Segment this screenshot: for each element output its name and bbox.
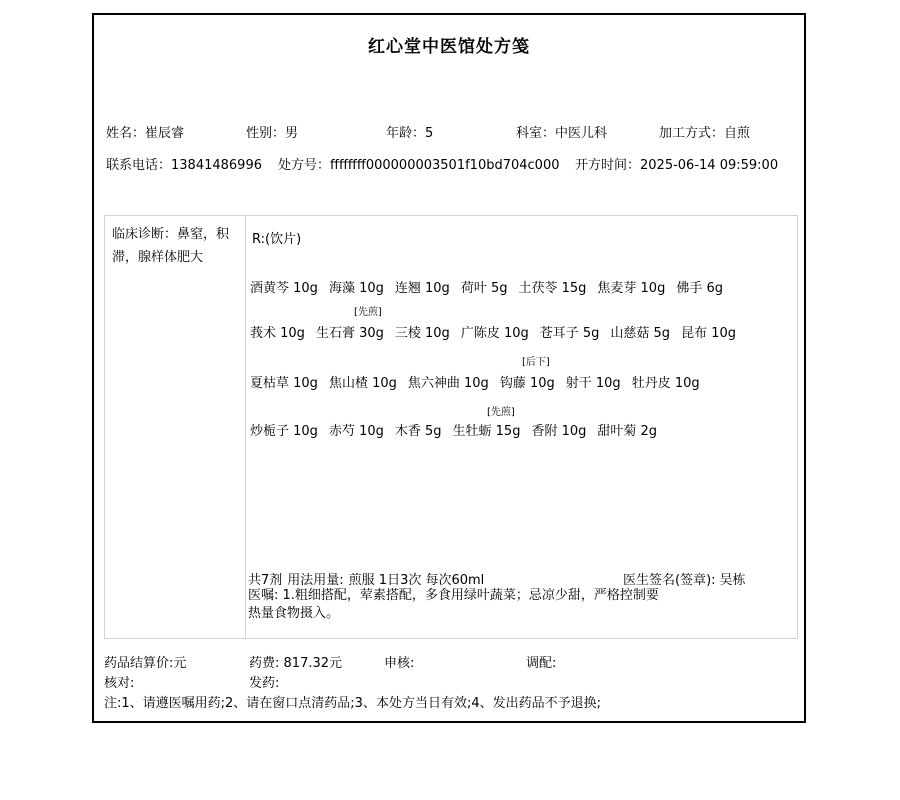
field-age: 年龄：5 bbox=[386, 122, 433, 141]
page-title: 红心堂中医馆处方笺 bbox=[94, 32, 804, 57]
prescription-time-value: 2025-06-14 09:59:00 bbox=[640, 158, 778, 173]
field-prescription-number: 处方号：ffffffff000000003501f10bd704c000 bbox=[278, 154, 560, 173]
herb-line-3: 夏枯草 10g 焦山楂 10g 焦六神曲 10g 钩藤 10g 射干 10g 牡… bbox=[250, 372, 700, 391]
rx-header: R:(饮片) bbox=[252, 228, 301, 247]
field-department: 科室：中医儿科 bbox=[516, 122, 607, 141]
age-label: 年龄： bbox=[386, 126, 425, 141]
field-processing-method: 加工方式：自煎 bbox=[659, 122, 750, 141]
prescription-time-label: 开方时间： bbox=[575, 158, 640, 173]
gender-label: 性别： bbox=[246, 126, 285, 141]
herb-item: 土茯苓 15g bbox=[518, 277, 586, 296]
medicine-fee-label: 药费: bbox=[249, 656, 279, 671]
settlement-price-value: 元 bbox=[173, 656, 186, 671]
phone-value: 13841486996 bbox=[171, 158, 262, 173]
herb-item: 牡丹皮 10g bbox=[632, 372, 700, 391]
age-value: 5 bbox=[425, 126, 433, 141]
herb-line-4: 炒栀子 10g 赤芍 10g 木香 5g 生牡蛎 15g 香附 10g 甜叶菊 … bbox=[250, 420, 657, 439]
herb-item: 甜叶菊 2g bbox=[597, 420, 657, 439]
herb-item: 焦六神曲 10g bbox=[408, 372, 489, 391]
diagnosis-label: 临床诊断： bbox=[112, 227, 177, 242]
gender-value: 男 bbox=[285, 126, 298, 141]
herb-item: 苍耳子 5g bbox=[540, 322, 600, 341]
herb-item: 佛手 6g bbox=[676, 277, 723, 296]
herb-item: 生牡蛎 15g bbox=[453, 420, 521, 439]
herb-item: 木香 5g bbox=[395, 420, 442, 439]
processing-value: 自煎 bbox=[724, 126, 750, 141]
field-phone: 联系电话：13841486996 bbox=[106, 154, 262, 173]
herb-item: 三棱 10g bbox=[395, 322, 450, 341]
patient-name-label: 姓名： bbox=[106, 126, 145, 141]
herb-item: 焦山楂 10g bbox=[329, 372, 397, 391]
usage-line: 共7剂 用法用量: 煎服 1日3次 每次60ml bbox=[248, 569, 484, 588]
herb-item: 山慈菇 5g bbox=[610, 322, 670, 341]
column-divider bbox=[245, 216, 246, 638]
medicine-fee-value: 817.32元 bbox=[284, 656, 343, 671]
post-decoct-note: [后下] bbox=[522, 353, 550, 368]
doctor-signature-value: 吴栋 bbox=[720, 569, 746, 588]
herb-item: 炒栀子 10g bbox=[250, 420, 318, 439]
herb-item: 夏枯草 10g bbox=[250, 372, 318, 391]
herb-line-1: 酒黄芩 10g 海藻 10g 连翘 10g 荷叶 5g 土茯苓 15g 焦麦芽 … bbox=[250, 277, 723, 296]
prescription-number-value: ffffffff000000003501f10bd704c000 bbox=[330, 158, 559, 173]
herb-item: 广陈皮 10g bbox=[461, 322, 529, 341]
herb-item: 焦麦芽 10g bbox=[597, 277, 665, 296]
herb-item: 莪术 10g bbox=[250, 322, 305, 341]
department-value: 中医儿科 bbox=[555, 126, 607, 141]
first-decoct-note: [先煎] bbox=[354, 303, 382, 318]
doctor-signature: 医生签名(签章): 吴栋 bbox=[623, 569, 746, 588]
usage-value: 煎服 1日3次 每次60ml bbox=[349, 569, 485, 588]
phone-label: 联系电话： bbox=[106, 158, 171, 173]
herb-item: 射干 10g bbox=[566, 372, 621, 391]
herb-line-2: 莪术 10g 生石膏 30g 三棱 10g 广陈皮 10g 苍耳子 5g 山慈菇… bbox=[250, 322, 736, 341]
footer-note: 注:1、请遵医嘱用药;2、请在窗口点清药品;3、本处方当日有效;4、发出药品不予… bbox=[104, 692, 601, 711]
medical-advice: 医嘱: 1.粗细搭配，荤素搭配，多食用绿叶蔬菜；忌凉少甜，严格控制要热量食物摄入… bbox=[248, 587, 664, 623]
settlement-price-field: 药品结算价:元 bbox=[104, 652, 186, 671]
herb-item: 荷叶 5g bbox=[461, 277, 508, 296]
check-field: 核对: bbox=[104, 672, 134, 691]
prescription-page: 红心堂中医馆处方笺 姓名：崔辰睿 性别：男 年龄：5 科室：中医儿科 加工方式：… bbox=[92, 13, 806, 723]
herb-item: 香附 10g bbox=[531, 420, 586, 439]
medicine-fee-field: 药费: 817.32元 bbox=[249, 652, 342, 671]
field-prescription-time: 开方时间：2025-06-14 09:59:00 bbox=[575, 154, 778, 173]
advice-label: 医嘱: bbox=[248, 588, 278, 603]
dispense-field: 调配: bbox=[526, 652, 556, 671]
prescription-number-label: 处方号： bbox=[278, 158, 330, 173]
issue-field: 发药: bbox=[249, 672, 279, 691]
doctor-signature-label: 医生签名(签章): bbox=[623, 569, 716, 588]
herb-item: 赤芍 10g bbox=[329, 420, 384, 439]
herb-item: 酒黄芩 10g bbox=[250, 277, 318, 296]
review-field: 申核: bbox=[384, 652, 414, 671]
usage-label: 用法用量: bbox=[287, 569, 343, 588]
dosage-summary: 共7剂 bbox=[248, 569, 282, 588]
herb-item: 连翘 10g bbox=[395, 277, 450, 296]
advice-text: 1.粗细搭配，荤素搭配，多食用绿叶蔬菜；忌凉少甜，严格控制要热量食物摄入。 bbox=[248, 588, 659, 621]
department-label: 科室： bbox=[516, 126, 555, 141]
patient-name-value: 崔辰睿 bbox=[145, 126, 184, 141]
first-decoct-note-2: [先煎] bbox=[487, 403, 515, 418]
herb-item: 昆布 10g bbox=[681, 322, 736, 341]
field-gender: 性别：男 bbox=[246, 122, 298, 141]
prescription-box: 临床诊断：鼻窒，积滞，腺样体肥大 R:(饮片) 酒黄芩 10g 海藻 10g 连… bbox=[104, 215, 798, 639]
herb-item: 生石膏 30g bbox=[316, 322, 384, 341]
field-patient-name: 姓名：崔辰睿 bbox=[106, 122, 184, 141]
settlement-price-label: 药品结算价: bbox=[104, 656, 173, 671]
processing-label: 加工方式： bbox=[659, 126, 724, 141]
herb-item: 海藻 10g bbox=[329, 277, 384, 296]
herb-item: 钩藤 10g bbox=[500, 372, 555, 391]
clinical-diagnosis: 临床诊断：鼻窒，积滞，腺样体肥大 bbox=[112, 224, 240, 270]
